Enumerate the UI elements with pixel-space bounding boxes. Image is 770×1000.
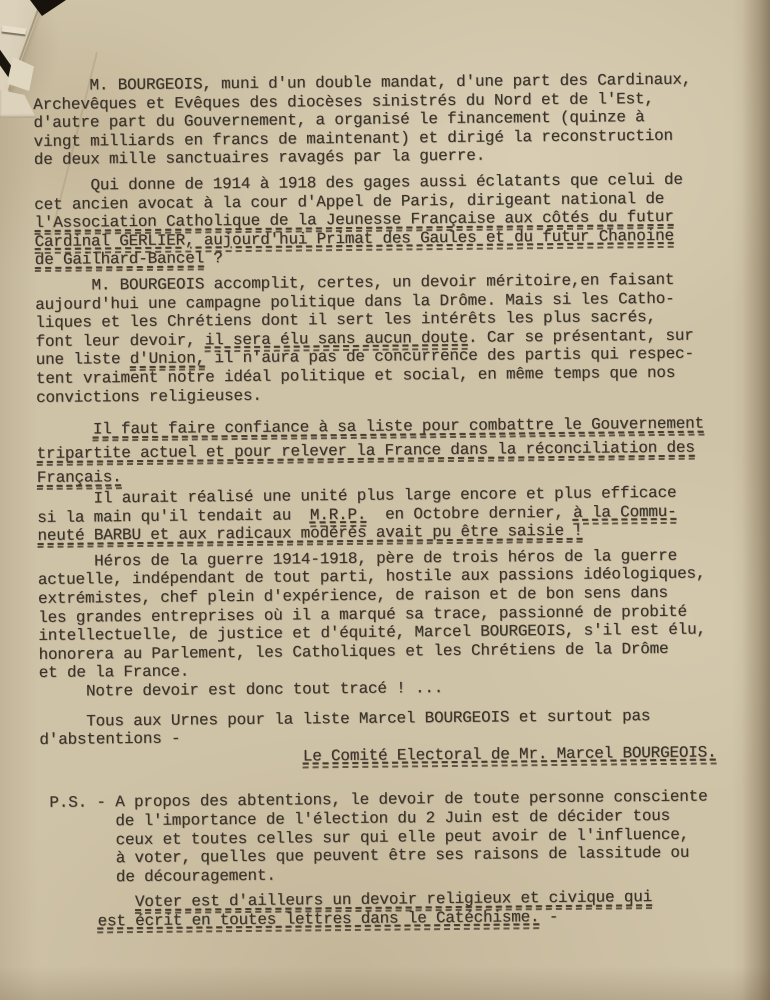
document-body: M. BOURGEOIS, muni d'un double mandat, d… [33,70,756,931]
paragraph-gages: Qui donne de 1914 à 1918 des gages aussi… [34,170,750,270]
paragraph-heros: Héros de la guerre 1914-1918, père de tr… [38,546,754,683]
text: en Octobre dernier, [366,504,573,524]
paragraph-voter: Voter est d'ailleurs un devoir religieux… [41,887,756,931]
scanned-document-page: M. BOURGEOIS, muni d'un double mandat, d… [0,0,770,1000]
paragraph-campagne: M. BOURGEOIS accomplit, certes, un devoi… [35,270,751,407]
text: de découragement. [41,866,276,886]
underlined-text: neuté BARBU et aux radicaux modérés avai… [37,522,582,548]
text: de deux mille sanctuaires ravagés par la… [34,147,485,169]
underlined-text: à la Commu- [573,503,677,525]
post-scriptum: P.S. - A propos des abtentions, le devoi… [40,788,756,888]
paragraph-confiance: Il faut faire confiance à sa liste pour … [36,411,752,490]
underlined-text: de Gailhard-Bancel [35,250,204,273]
tear-hole-left [0,44,18,80]
text [39,747,302,768]
paper-chip-lower [0,90,36,118]
underlined-text: est écrit en toutes lettres dans le Caté… [97,908,539,933]
text: . Car se présentant, sur [468,326,694,346]
text: Notre devoir est donc tout tracé ! ... [39,679,443,701]
text: si la main qu'il tendait au [37,506,310,527]
text: convictions religieuses. [36,386,262,406]
text: d'abstentions - [39,730,180,749]
text: une liste [36,350,130,369]
text: ? [204,250,223,268]
text [41,912,98,931]
text [41,893,135,912]
paragraph-unite: Il aurait réalisé une unité plus large e… [37,483,753,546]
text: - [539,908,558,926]
text: font leur devoir, [35,331,204,351]
text [36,421,93,440]
underlined-text: Français. [37,468,122,490]
paper-tear-sliver [2,26,27,35]
paragraph-mandat: M. BOURGEOIS, muni d'un double mandat, d… [33,70,749,170]
paper-chip [7,57,34,91]
underlined-text: Le Comité Electoral de Mr. Marcel BOURGE… [303,743,717,768]
text: et de la France. [39,663,190,682]
tear-hole-top [0,0,80,20]
